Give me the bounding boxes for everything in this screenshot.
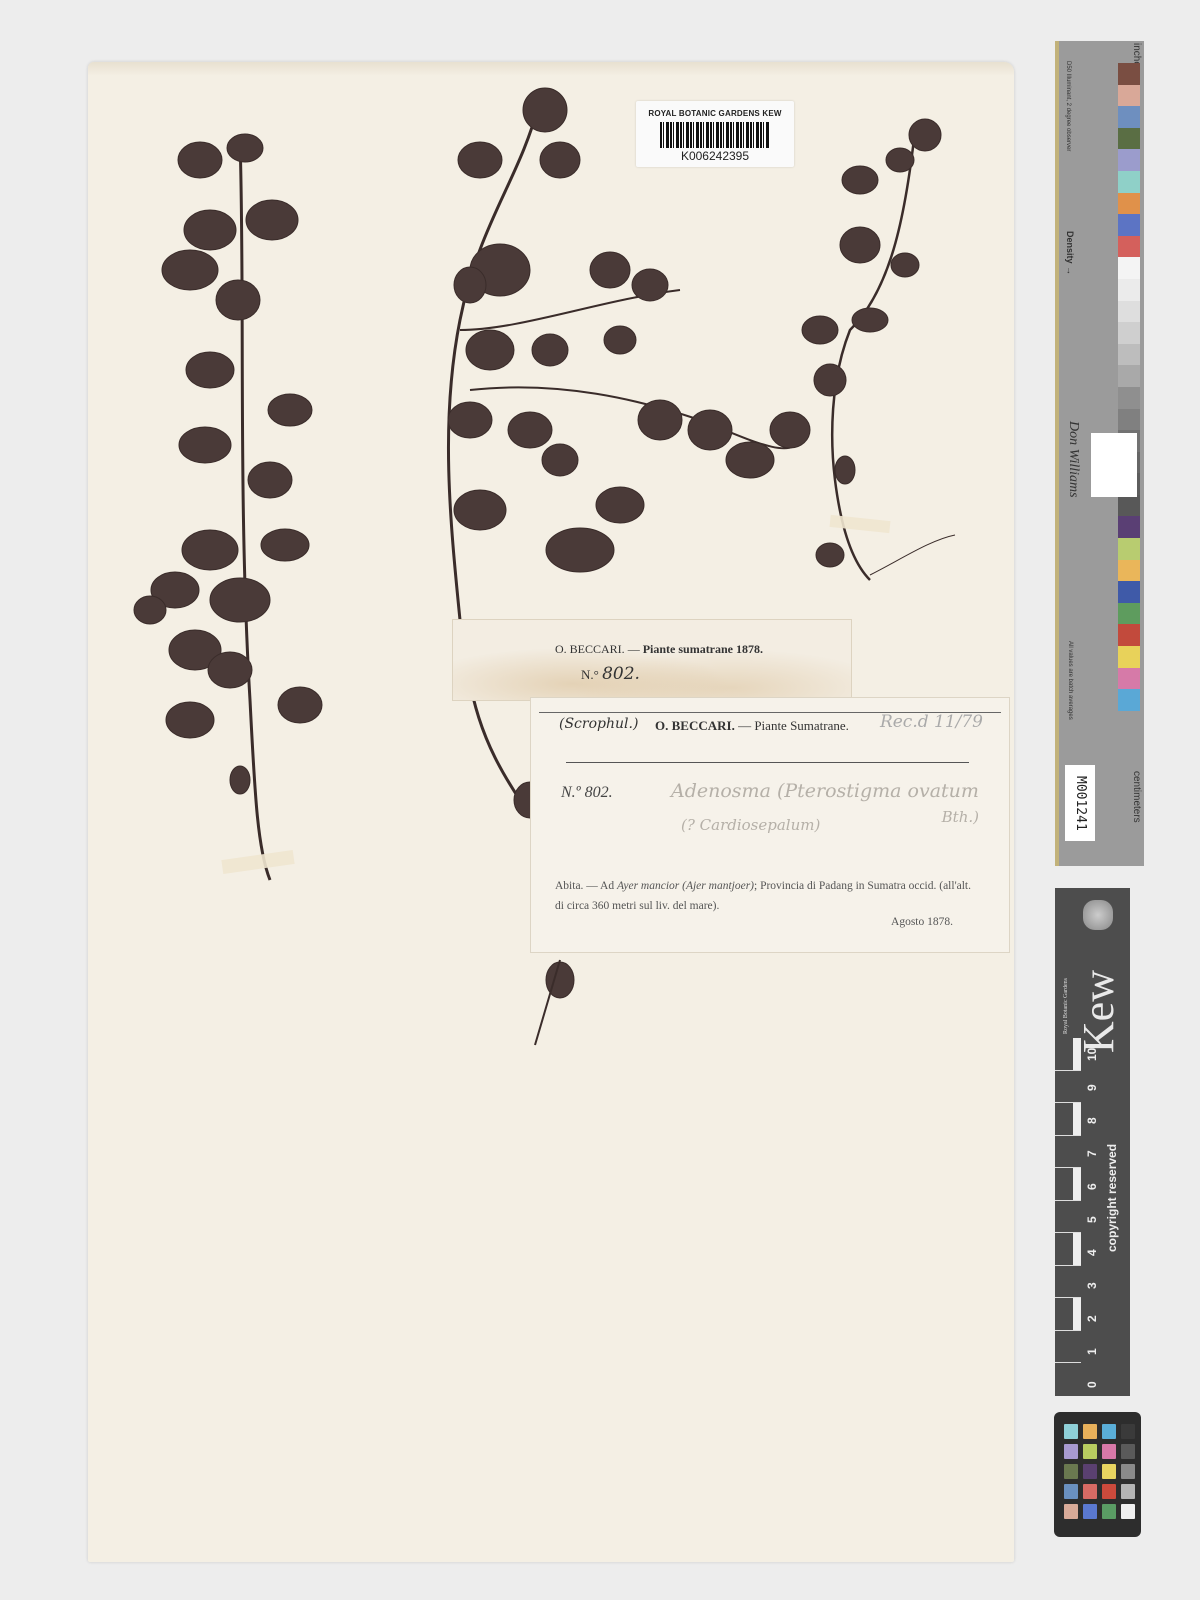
color-swatches: [1118, 63, 1140, 711]
determination-alt: (? Cardiosepalum): [681, 816, 820, 834]
color-patch: [1083, 1424, 1097, 1439]
color-checker-grid: [1064, 1424, 1135, 1519]
color-swatch: [1118, 516, 1140, 538]
scale-number: 4: [1085, 1236, 1099, 1269]
color-swatch: [1118, 236, 1140, 258]
color-patch: [1121, 1424, 1135, 1439]
collector-label-1: O. BECCARI. — Piante sumatrane 1878. N.°…: [452, 619, 852, 701]
kew-subtitle: Royal Botanic Gardens: [1063, 978, 1069, 1034]
label-header: O. BECCARI. — Piante Sumatrane.: [655, 718, 849, 734]
stain: [453, 620, 851, 700]
collection-date: Agosto 1878.: [891, 916, 953, 928]
color-patch: [1102, 1464, 1116, 1479]
kew-scale-bar: Kew Royal Botanic Gardens 109876543210 c…: [1055, 888, 1130, 1396]
color-patch: [1121, 1464, 1135, 1479]
scale-numbers: 109876543210: [1085, 1038, 1101, 1368]
scale-segment: [1055, 1233, 1081, 1266]
color-swatch: [1118, 689, 1140, 711]
color-patch: [1083, 1504, 1097, 1519]
scale-segment: [1055, 1103, 1081, 1136]
color-swatch: [1118, 560, 1140, 582]
number-prefix: N.°: [581, 667, 599, 682]
color-swatch: [1118, 581, 1140, 603]
determination: Adenosma (Pterostigma ovatum: [671, 780, 979, 802]
illuminant-label: D50 Illuminant, 2 degree observer: [1065, 61, 1071, 151]
color-patch: [1102, 1484, 1116, 1499]
separator: —: [628, 642, 640, 656]
scale-segment: [1055, 1168, 1081, 1201]
color-swatch: [1118, 214, 1140, 236]
ruler-id: M001241: [1065, 765, 1095, 841]
color-patch: [1083, 1464, 1097, 1479]
color-patch: [1102, 1424, 1116, 1439]
barcode-label: ROYAL BOTANIC GARDENS KEW K006242395: [636, 101, 794, 167]
color-swatch: [1118, 193, 1140, 215]
scale-number: 2: [1085, 1302, 1099, 1335]
density-step-inset: [1091, 433, 1137, 497]
footnote: All values are batch averages: [1067, 641, 1073, 720]
scale-segment: [1055, 1201, 1081, 1234]
color-swatch: [1118, 344, 1140, 366]
scale-segment: [1055, 1071, 1081, 1104]
centimeters-label: centimeters: [1131, 771, 1142, 823]
color-patch: [1102, 1444, 1116, 1459]
institution-name: ROYAL BOTANIC GARDENS KEW: [636, 109, 794, 118]
color-swatch: [1118, 149, 1140, 171]
scale-segment: [1055, 1331, 1081, 1364]
color-swatch: [1118, 624, 1140, 646]
separator: —: [738, 718, 751, 733]
barcode-number: K006242395: [636, 149, 794, 163]
copyright-text: copyright reserved: [1105, 1144, 1119, 1252]
color-patch: [1121, 1444, 1135, 1459]
collection-number: N.° 802.: [581, 664, 640, 684]
color-swatch: [1118, 63, 1140, 85]
family-annotation: (Scrophul.): [559, 716, 638, 732]
color-swatch: [1118, 301, 1140, 323]
color-swatch: [1118, 257, 1140, 279]
color-swatch: [1118, 409, 1140, 431]
color-patch: [1064, 1484, 1078, 1499]
color-swatch: [1118, 171, 1140, 193]
color-calibration-ruler: inches D50 Illuminant, 2 degree observer…: [1055, 41, 1144, 866]
color-patch: [1121, 1504, 1135, 1519]
color-patch: [1064, 1424, 1078, 1439]
color-patch: [1064, 1444, 1078, 1459]
scale-segment: [1055, 1298, 1081, 1331]
collector-name: O. BECCARI.: [555, 642, 625, 656]
cm-scale: [1055, 1038, 1081, 1363]
color-swatch: [1118, 106, 1140, 128]
scale-number: 9: [1085, 1071, 1099, 1104]
locality-text: Abita. — Ad Ayer mancior (Ajer mantjoer)…: [555, 876, 975, 916]
density-label: Density →: [1065, 231, 1075, 275]
color-patch: [1083, 1444, 1097, 1459]
color-swatch: [1118, 85, 1140, 107]
color-swatch: [1118, 279, 1140, 301]
scale-number: 5: [1085, 1203, 1099, 1236]
collector-name: O. BECCARI.: [655, 718, 735, 733]
color-swatch: [1118, 646, 1140, 668]
color-swatch: [1118, 322, 1140, 344]
color-swatch: [1118, 128, 1140, 150]
received-note: Rec.d 11/79: [880, 712, 983, 732]
color-swatch: [1118, 538, 1140, 560]
locality-place: Ayer mancior (Ajer mantjoer): [617, 880, 754, 892]
color-swatch: [1118, 387, 1140, 409]
scale-number: 8: [1085, 1104, 1099, 1137]
scale-number: 3: [1085, 1269, 1099, 1302]
copyright-notice: copyright reserved: [1105, 1038, 1119, 1358]
number-value: 802.: [602, 664, 640, 684]
scale-number: 0: [1085, 1368, 1099, 1401]
scale-segment: [1055, 1266, 1081, 1299]
color-swatch: [1118, 365, 1140, 387]
kew-crest-icon: [1083, 900, 1113, 930]
color-patch: [1064, 1504, 1078, 1519]
collector-label-2: (Scrophul.) O. BECCARI. — Piante Sumatra…: [530, 697, 1010, 953]
color-swatch: [1118, 603, 1140, 625]
barcode-icon: [660, 122, 770, 148]
color-swatch: [1118, 668, 1140, 690]
brand-label: Don Williams: [1065, 421, 1081, 498]
locality-prefix: Abita. — Ad: [555, 880, 614, 892]
scale-number: 6: [1085, 1170, 1099, 1203]
scale-number: 1: [1085, 1335, 1099, 1368]
label-header: O. BECCARI. — Piante sumatrane 1878.: [555, 642, 763, 657]
color-patch: [1083, 1484, 1097, 1499]
color-patch: [1102, 1504, 1116, 1519]
collection-number: N.º 802.: [561, 784, 613, 802]
scale-segment: [1055, 1136, 1081, 1169]
color-checker-chart: [1054, 1412, 1141, 1537]
collection-title: Piante Sumatrane.: [754, 718, 849, 733]
color-swatch: [1118, 495, 1140, 517]
scale-segment: [1055, 1038, 1081, 1071]
collection-title: Piante sumatrane 1878.: [643, 642, 763, 656]
color-patch: [1121, 1484, 1135, 1499]
color-patch: [1064, 1464, 1078, 1479]
divider: [566, 762, 969, 763]
determination-author: Bth.): [942, 808, 979, 826]
scale-number: 7: [1085, 1137, 1099, 1170]
scale-number: 10: [1085, 1038, 1099, 1071]
